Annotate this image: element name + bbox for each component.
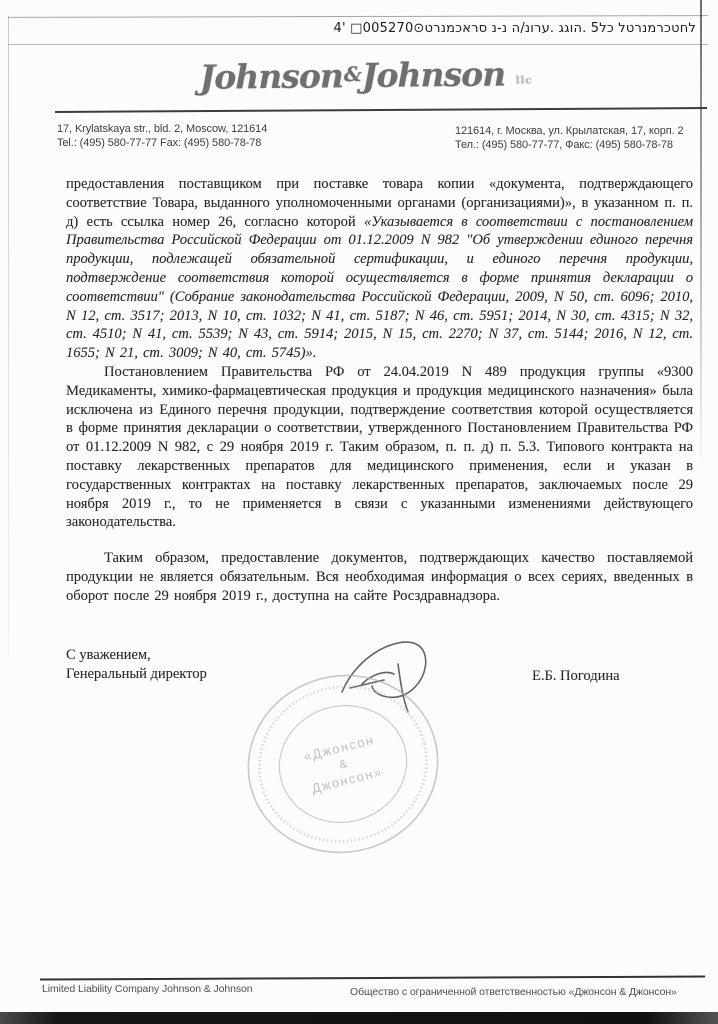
fax-header-rule-top <box>8 15 708 18</box>
address-block-russian: 121614, г. Москва, ул. Крылатская, 17, к… <box>455 124 684 152</box>
company-round-stamp: «Джонсон & Джонсон» <box>232 664 454 864</box>
fax-header-text: 4' □005270⊙טרנמכארס נ-נ ה/נורע. גגוה. 5ל… <box>334 21 696 36</box>
address-en-line2: Tel.: (495) 580-77-77 Fax: (495) 580-78-… <box>57 136 267 150</box>
fax-header-rule-bottom <box>8 44 708 45</box>
footer-divider-rule <box>40 976 705 981</box>
address-block-english: 17, Krylatskaya str., bld. 2, Moscow, 12… <box>57 122 267 150</box>
address-ru-line2: Тел.: (495) 580-77-77, Факс: (495) 580-7… <box>455 138 684 152</box>
scan-left-edge-line <box>8 16 9 656</box>
letter-body: предоставления поставщиком при поставке … <box>66 175 693 606</box>
paragraph-resolution-489: Постановлением Правительства РФ от 24.04… <box>66 363 693 532</box>
johnson-and-johnson-logo: Johnson&Johnson llc <box>186 54 546 97</box>
scanned-letter-page: 4' □005270⊙טרנמכארס נ-נ ה/נורע. גגוה. 5ל… <box>0 0 718 1024</box>
closing-salutation: С уважением, <box>66 646 207 665</box>
paragraph-conclusion: Таким образом, предоставление документов… <box>66 549 693 605</box>
logo-suffix: llc <box>516 75 533 86</box>
paragraph-1-quoted-law: «Указывается в соответствии с постановле… <box>66 214 693 362</box>
logo-word-1: Johnson <box>199 56 343 96</box>
closing-block: С уважением, Генеральный директор <box>66 646 207 684</box>
scan-right-edge-line <box>700 0 702 460</box>
signer-title: Генеральный директор <box>66 665 207 684</box>
stamp-text-line2: & <box>337 756 348 772</box>
signer-name: Е.Б. Погодина <box>532 668 620 685</box>
logo-ampersand: & <box>344 62 361 86</box>
footer-company-russian: Общество с ограниченной ответственностью… <box>350 986 677 998</box>
scan-bottom-edge-band <box>0 1012 718 1024</box>
address-ru-line1: 121614, г. Москва, ул. Крылатская, 17, к… <box>455 124 684 138</box>
letterhead-divider-rule <box>55 107 707 113</box>
footer-company-english: Limited Liability Company Johnson & John… <box>42 983 253 995</box>
paragraph-legal-reference: предоставления поставщиком при поставке … <box>66 175 693 363</box>
address-en-line1: 17, Krylatskaya str., bld. 2, Moscow, 12… <box>57 122 267 136</box>
logo-word-2: Johnson <box>362 55 506 95</box>
